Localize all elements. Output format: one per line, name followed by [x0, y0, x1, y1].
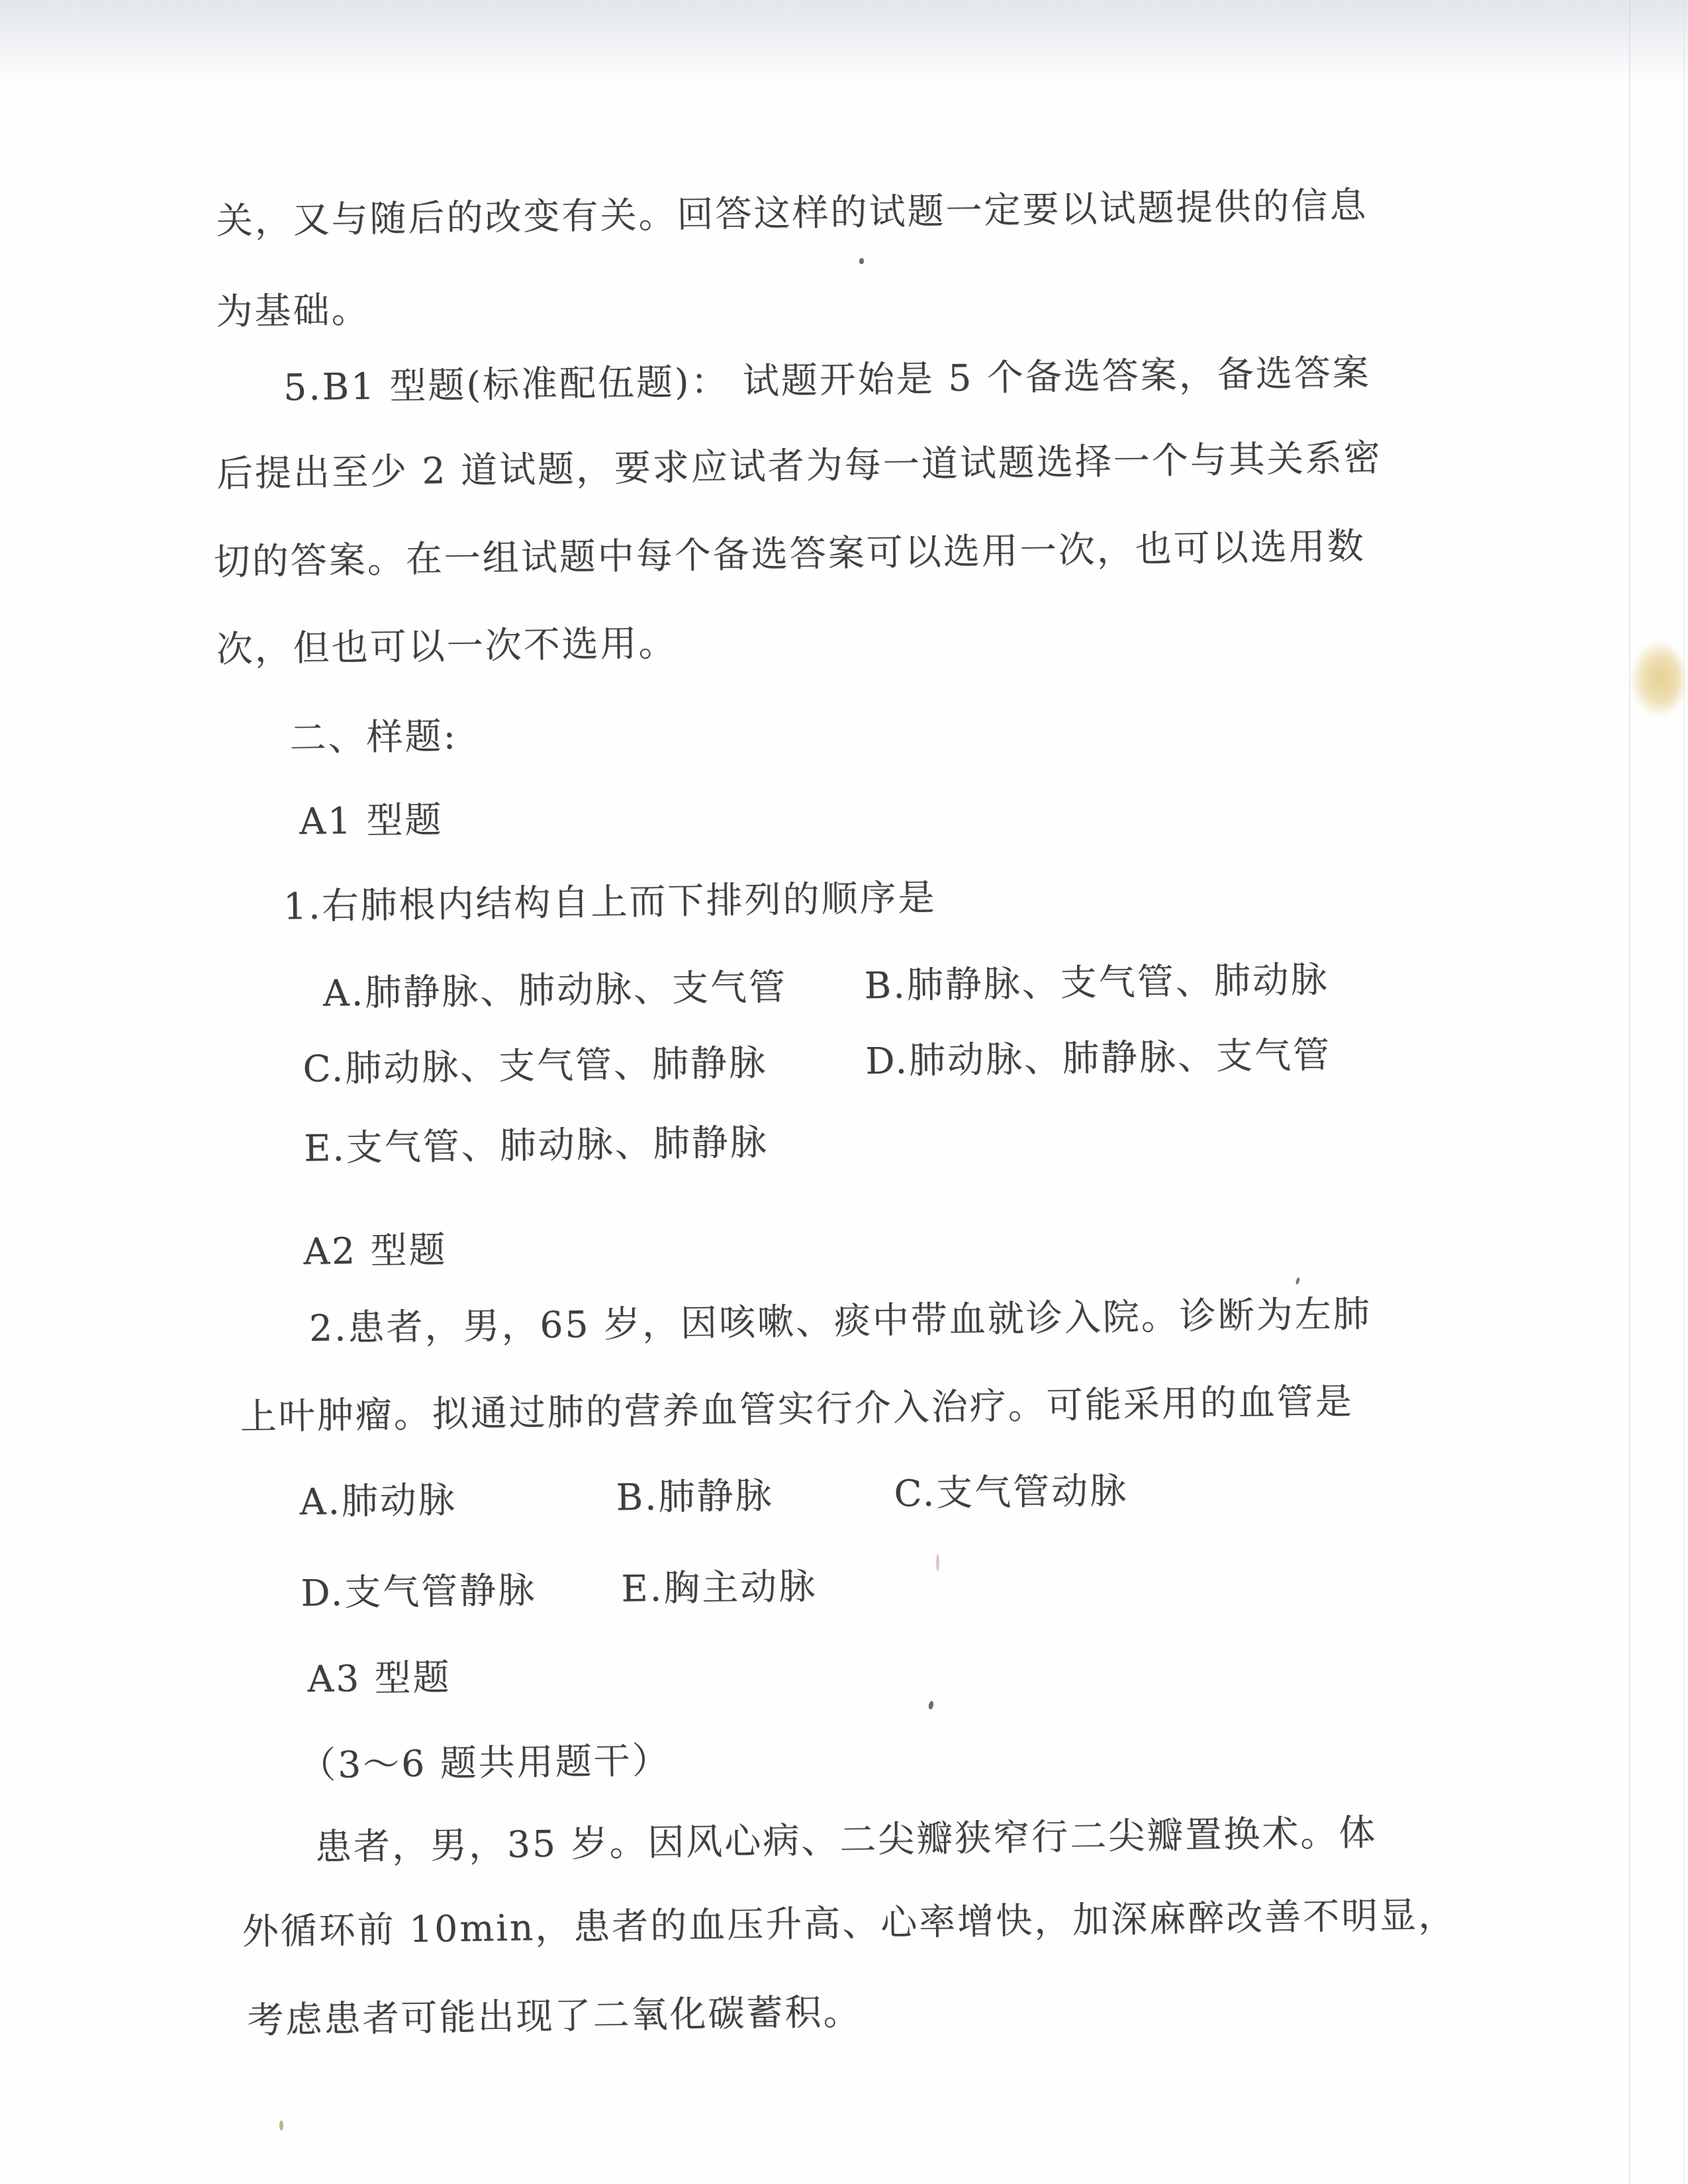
q3-shared-stem-note: （3～6 题共用题干） [299, 1739, 671, 1786]
q2-option-c: C.支气管动脉 [894, 1470, 1128, 1514]
q3-stem-line-1: 患者，男，35 岁。因风心病、二尖瓣狭窄行二尖瓣置换术。体 [315, 1812, 1378, 1868]
scanned-document-page: 关，又与随后的改变有关。回答这样的试题一定要以试题提供的信息 为基础。 5.B1… [0, 0, 1688, 2184]
q2-stem-line-2: 上叶肿瘤。拟通过肺的营养血管实行介入治疗。可能采用的血管是 [240, 1381, 1354, 1437]
q2-option-e: E.胸主动脉 [621, 1565, 817, 1609]
q1-option-b: B.肺静脉、支气管、肺动脉 [864, 958, 1329, 1006]
b1-intro-continuation-line-1: 关，又与随后的改变有关。回答这样的试题一定要以试题提供的信息 [216, 184, 1368, 241]
heading-a1-type: A1 型题 [299, 799, 444, 842]
q2-stem-line-1: 2.患者，男，65 岁，因咳嗽、痰中带血就诊入院。诊断为左肺 [309, 1293, 1372, 1349]
q2-option-d: D.支气管静脉 [301, 1569, 536, 1614]
heading-a3-type: A3 型题 [307, 1657, 451, 1700]
section-heading-samples: 二、样题: [289, 715, 457, 759]
q3-stem-line-3: 考虑患者可能出现了二氧化碳蓄积。 [247, 1991, 862, 2040]
q1-option-c: C.肺动脉、支气管、肺静脉 [303, 1042, 767, 1089]
q1-option-e: E.支气管、肺动脉、肺静脉 [304, 1121, 769, 1169]
b1-definition-line-1: 5.B1 型题(标准配伍题)： 试题开始是 5 个备选答案，备选答案 [283, 351, 1371, 408]
heading-a2-type: A2 型题 [303, 1229, 447, 1272]
q3-stem-line-2: 外循环前 10min，患者的血压升高、心率增快，加深麻醉改善不明显， [242, 1894, 1456, 1952]
b1-definition-line-2: 后提出至少 2 道试题，要求应试者为每一道试题选择一个与其关系密 [216, 437, 1383, 494]
b1-definition-line-4: 次，但也可以一次不选用。 [216, 622, 677, 670]
b1-definition-line-3: 切的答案。在一组试题中每个备选答案可以选用一次，也可以选用数 [213, 525, 1366, 582]
b1-intro-continuation-line-2: 为基础。 [216, 289, 370, 332]
q1-option-a: A.肺静脉、肺动脉、支气管 [322, 966, 787, 1014]
q1-option-d: D.肺动脉、肺静脉、支气管 [865, 1034, 1331, 1081]
document-text-layer: 关，又与随后的改变有关。回答这样的试题一定要以试题提供的信息 为基础。 5.B1… [0, 0, 1688, 2184]
q2-option-b: B.肺静脉 [616, 1475, 774, 1518]
q2-option-a: A.肺动脉 [299, 1479, 457, 1522]
q1-stem: 1.右肺根内结构自上而下排列的顺序是 [283, 877, 937, 927]
